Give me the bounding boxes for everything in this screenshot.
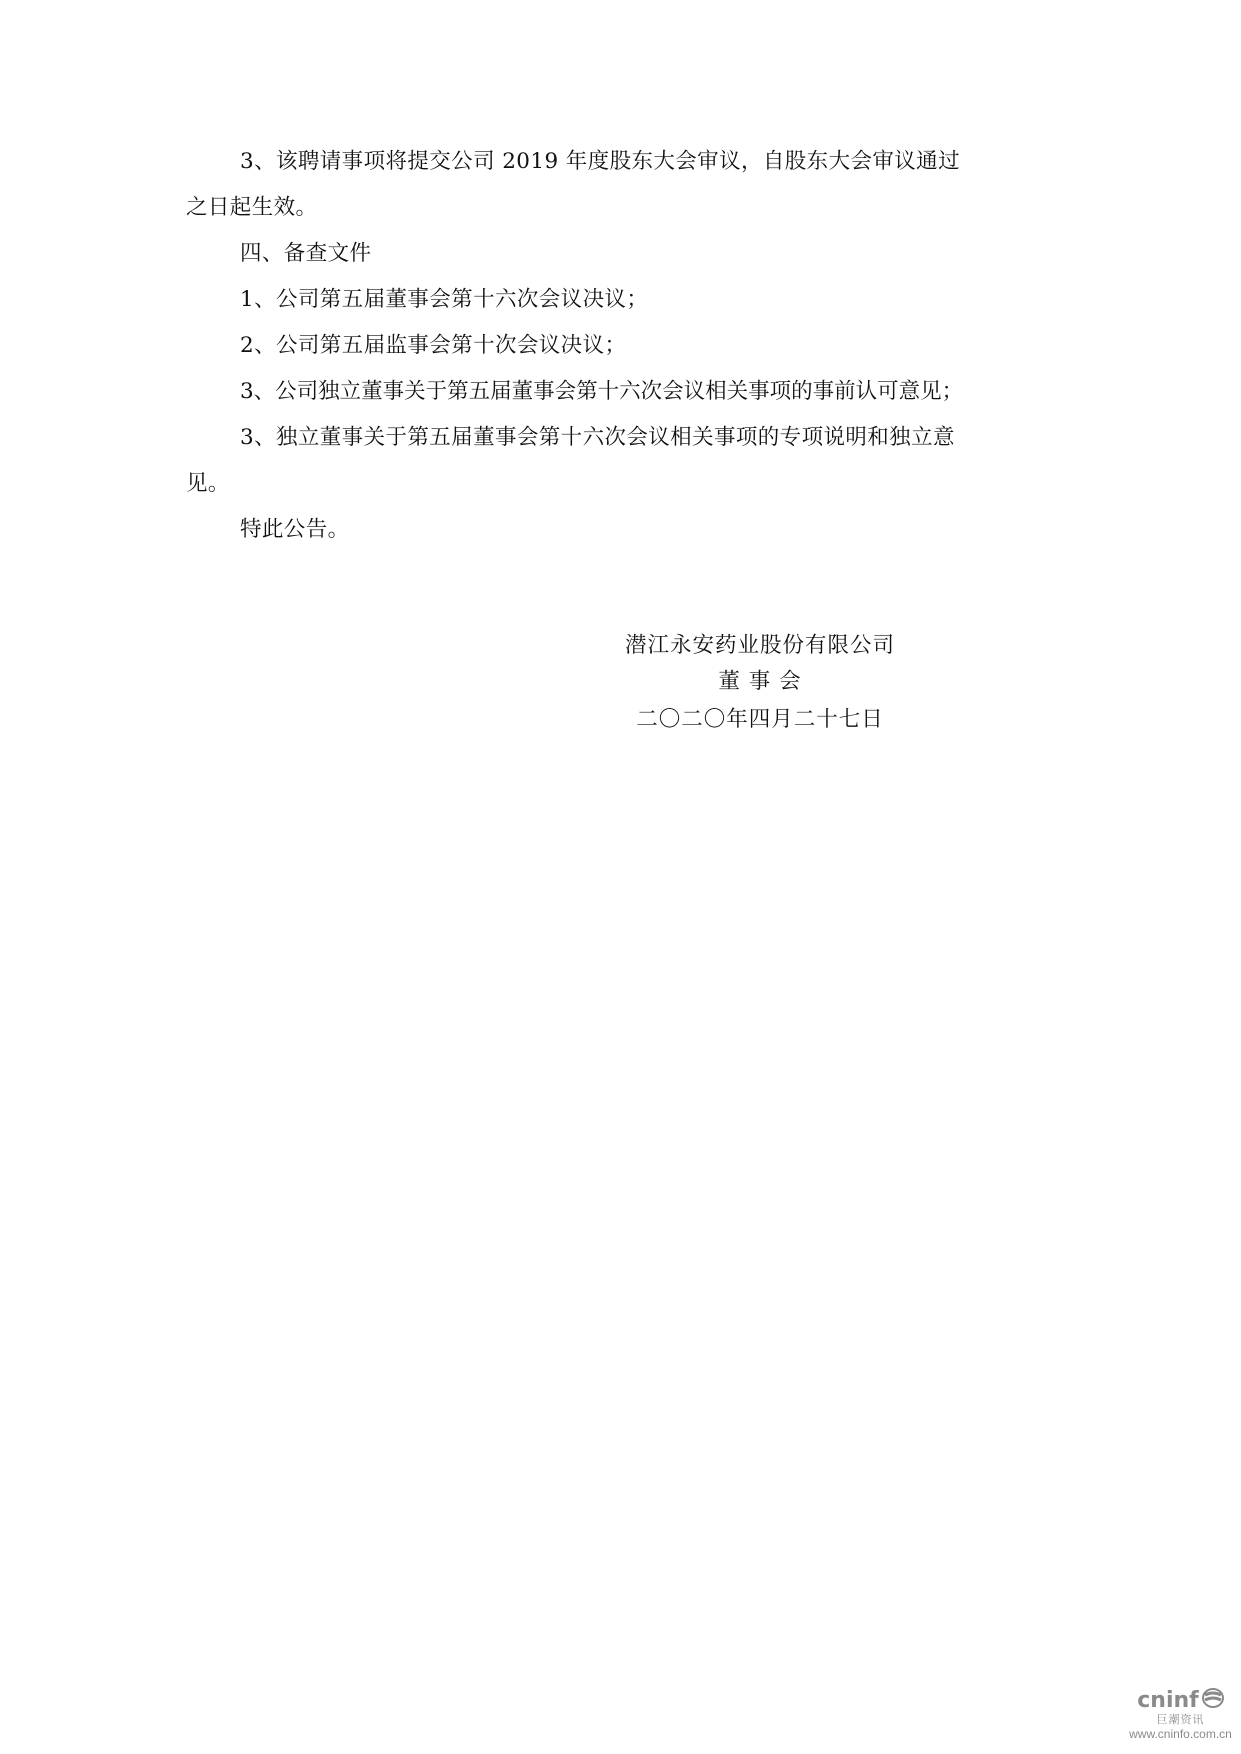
reference-item-3: 3、公司独立董事关于第五届董事会第十六次会议相关事项的事前认可意见； xyxy=(186,369,1046,415)
watermark-logo: cninf xyxy=(1120,1688,1241,1713)
paragraph-item3-line2: 之日起生效。 xyxy=(186,185,1046,231)
watermark-logo-text: cninf xyxy=(1137,1690,1198,1712)
watermark-chinese-name: 巨潮资讯 xyxy=(1120,1713,1241,1727)
reference-item-4-line2: 见。 xyxy=(186,461,1046,507)
reference-item-2: 2、公司第五届监事会第十次会议决议； xyxy=(186,323,1046,369)
document-page: 3、该聘请事项将提交公司 2019 年度股东大会审议，自股东大会审议通过 之日起… xyxy=(0,0,1241,1754)
watermark-url: www.cninfo.com.cn xyxy=(1120,1727,1241,1741)
closing-statement: 特此公告。 xyxy=(186,507,1046,553)
cninfo-watermark: cninf 巨潮资讯 www.cninfo.com.cn xyxy=(1120,1688,1241,1741)
paragraph-item3-line1: 3、该聘请事项将提交公司 2019 年度股东大会审议，自股东大会审议通过 xyxy=(186,139,1046,185)
signature-board: 董 事 会 xyxy=(620,662,900,701)
signature-company: 潜江永安药业股份有限公司 xyxy=(620,626,900,665)
reference-item-1: 1、公司第五届董事会第十六次会议决议； xyxy=(186,277,1046,323)
signature-date: 二〇二〇年四月二十七日 xyxy=(620,700,900,739)
cninfo-swirl-icon xyxy=(1202,1688,1224,1713)
reference-item-4-line1: 3、独立董事关于第五届董事会第十六次会议相关事项的专项说明和独立意 xyxy=(186,415,1046,461)
section-heading-reference-documents: 四、备查文件 xyxy=(186,231,1046,277)
